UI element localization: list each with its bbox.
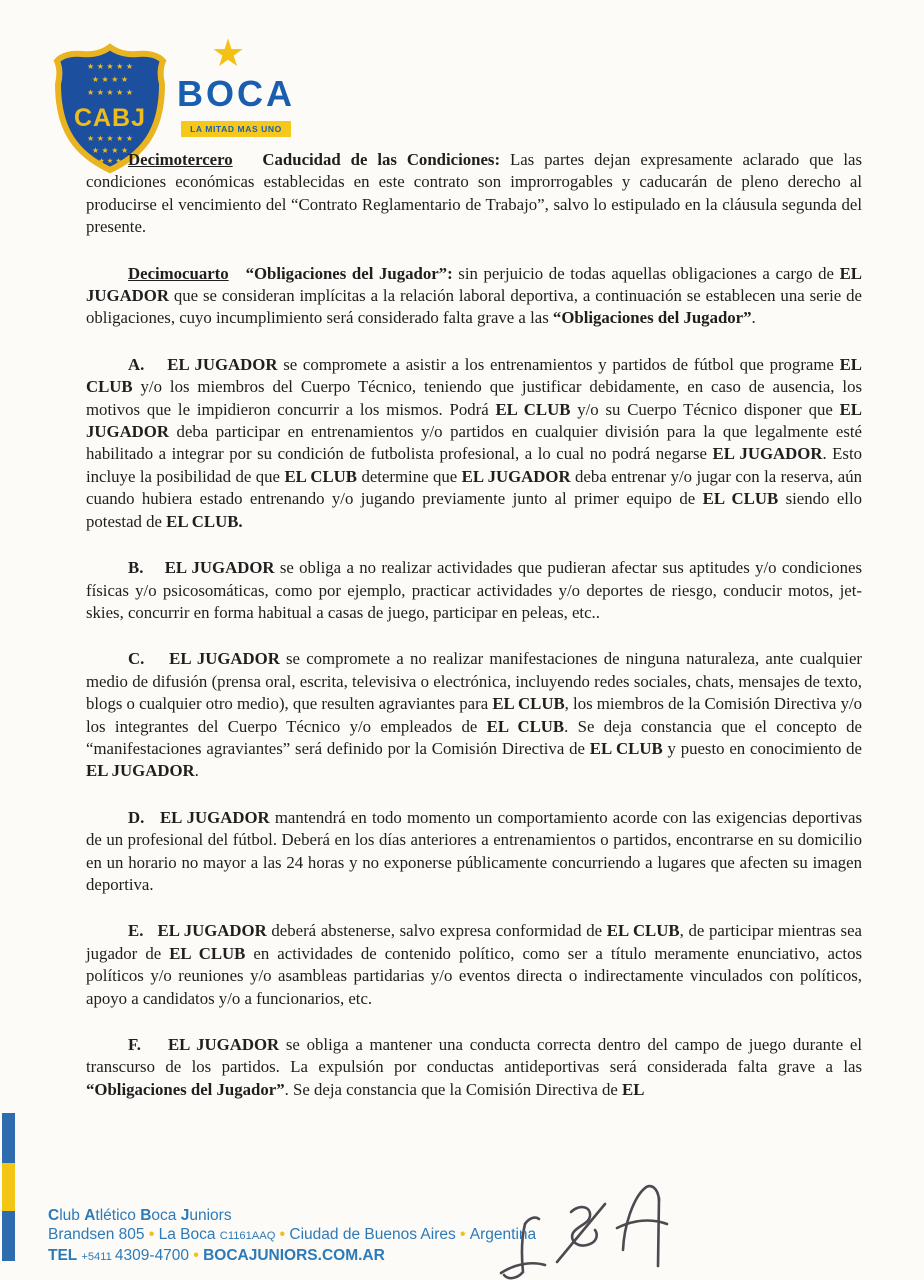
shield-stars-row: ★ ★ ★ ★ ★ xyxy=(87,88,133,97)
stripe-yellow-segment xyxy=(2,1163,15,1211)
shield-stars-row: ★ ★ ★ ★ ★ xyxy=(87,62,133,71)
obligation-a: A. EL JUGADOR se compromete a asistir a … xyxy=(86,354,862,533)
footer-contact: TEL +5411 4309-4700 • BOCAJUNIORS.COM.AR xyxy=(48,1246,536,1267)
boca-tagline: LA MITAD MAS UNO xyxy=(181,121,291,137)
stripe-blue-segment xyxy=(2,1211,15,1261)
obligation-b: B. EL JUGADOR se obliga a no realizar ac… xyxy=(86,557,862,624)
letterhead-footer: Club Atlético Boca Juniors Brandsen 805 … xyxy=(48,1206,536,1267)
scanned-contract-page: ★ ★ ★ ★ ★ ★ ★ ★ ★ ★ ★ ★ ★ ★ CABJ ★ ★ ★ ★… xyxy=(0,0,924,1280)
contract-body: Decimotercero Caducidad de las Condicion… xyxy=(86,149,862,1125)
signature-initial-3 xyxy=(617,1186,667,1266)
page-edge-stripe xyxy=(2,1113,15,1261)
obligation-c: C. EL JUGADOR se compromete a no realiza… xyxy=(86,648,862,782)
shield-stars-row: ★ ★ ★ ★ ★ xyxy=(87,134,133,143)
shield-stars-row: ★ ★ ★ ★ xyxy=(92,75,128,84)
stripe-blue-segment xyxy=(2,1113,15,1163)
boca-wordmark: BOCA xyxy=(177,76,295,112)
obligation-f: F. EL JUGADOR se obliga a mantener una c… xyxy=(86,1034,862,1101)
star-icon: ★ xyxy=(211,34,245,72)
clause-decimocuarto: Decimocuarto “Obligaciones del Jugador”:… xyxy=(86,263,862,330)
clause-decimotercero: Decimotercero Caducidad de las Condicion… xyxy=(86,149,862,239)
signature-initial-2 xyxy=(557,1204,605,1262)
footer-club-name: Club Atlético Boca Juniors xyxy=(48,1206,536,1225)
shield-monogram: CABJ xyxy=(74,104,146,132)
obligation-e: E. EL JUGADOR deberá abstenerse, salvo e… xyxy=(86,920,862,1010)
footer-address: Brandsen 805 • La Boca C1161AAQ • Ciudad… xyxy=(48,1225,536,1246)
obligation-d: D. EL JUGADOR mantendrá en todo momento … xyxy=(86,807,862,897)
